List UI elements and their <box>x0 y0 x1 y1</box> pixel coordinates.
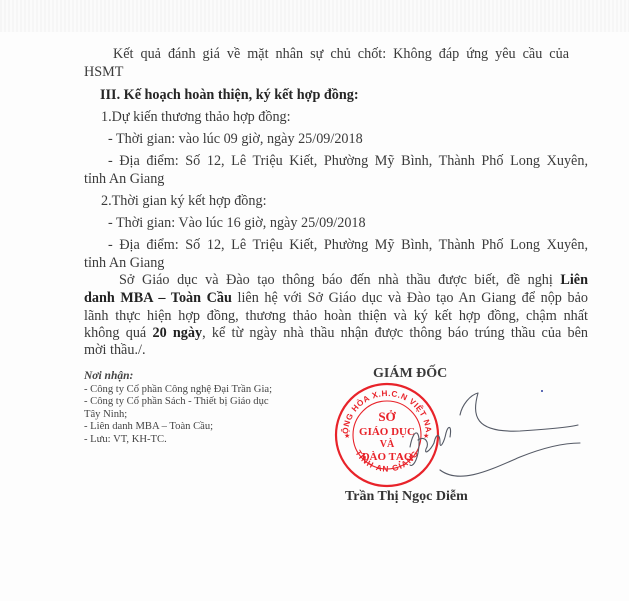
notice-line3: lãnh thực hiện hợp đồng, thương thảo hoà… <box>84 307 588 325</box>
section3-heading: III. Kế hoạch hoàn thiện, ký kết hợp đồn… <box>100 86 359 104</box>
signature-title: GIÁM ĐỐC <box>373 366 447 382</box>
svg-text:SỞ: SỞ <box>378 409 396 424</box>
signer-name: Trần Thị Ngọc Diễm <box>345 489 468 505</box>
notice-line5: mời thầu./. <box>84 341 146 359</box>
item2-place-line2: tỉnh An Giang <box>84 254 164 272</box>
eval-result-line1: Kết quả đánh giá về mặt nhân sự chủ chốt… <box>113 45 569 63</box>
item2-place-line1: - Địa điểm: Số 12, Lê Triệu Kiết, Phường… <box>108 236 588 254</box>
item2-time: - Thời gian: Vào lúc 16 giờ, ngày 25/09/… <box>108 214 366 232</box>
item1-time: - Thời gian: vào lúc 09 giờ, ngày 25/09/… <box>108 130 363 148</box>
item1-title: 1.Dự kiến thương thảo hợp đồng: <box>101 108 291 126</box>
recipient-item: - Liên danh MBA – Toàn Cầu; <box>84 421 284 434</box>
recipients-block: Nơi nhận: - Công ty Cổ phần Công nghệ Đạ… <box>84 370 284 447</box>
svg-text:VÀ: VÀ <box>380 438 395 450</box>
item1-place-line1: - Địa điểm: Số 12, Lê Triệu Kiết, Phường… <box>108 152 588 170</box>
notice-line1: Sở Giáo dục và Đào tạo thông báo đến nhà… <box>119 271 588 289</box>
recipient-item: - Lưu: VT, KH-TC. <box>84 434 284 447</box>
eval-result-line2: HSMT <box>84 63 123 81</box>
item2-title: 2.Thời gian ký kết hợp đồng: <box>101 192 267 210</box>
notice-line2: danh MBA – Toàn Cầu liên hệ với Sở Giáo … <box>84 289 588 307</box>
item1-place-line2: tỉnh An Giang <box>84 170 164 188</box>
svg-text:★: ★ <box>344 432 350 440</box>
recipient-item: - Công ty Cổ phần Sách - Thiết bị Giáo d… <box>84 396 284 421</box>
notice-line4: không quá 20 ngày, kể từ ngày nhà thầu n… <box>84 324 588 342</box>
handwritten-signature-icon <box>400 385 590 495</box>
recipient-item: - Công ty Cổ phần Công nghệ Đại Trần Gia… <box>84 384 284 397</box>
scan-artifact <box>0 0 629 32</box>
recipients-title: Nơi nhận: <box>84 370 284 383</box>
